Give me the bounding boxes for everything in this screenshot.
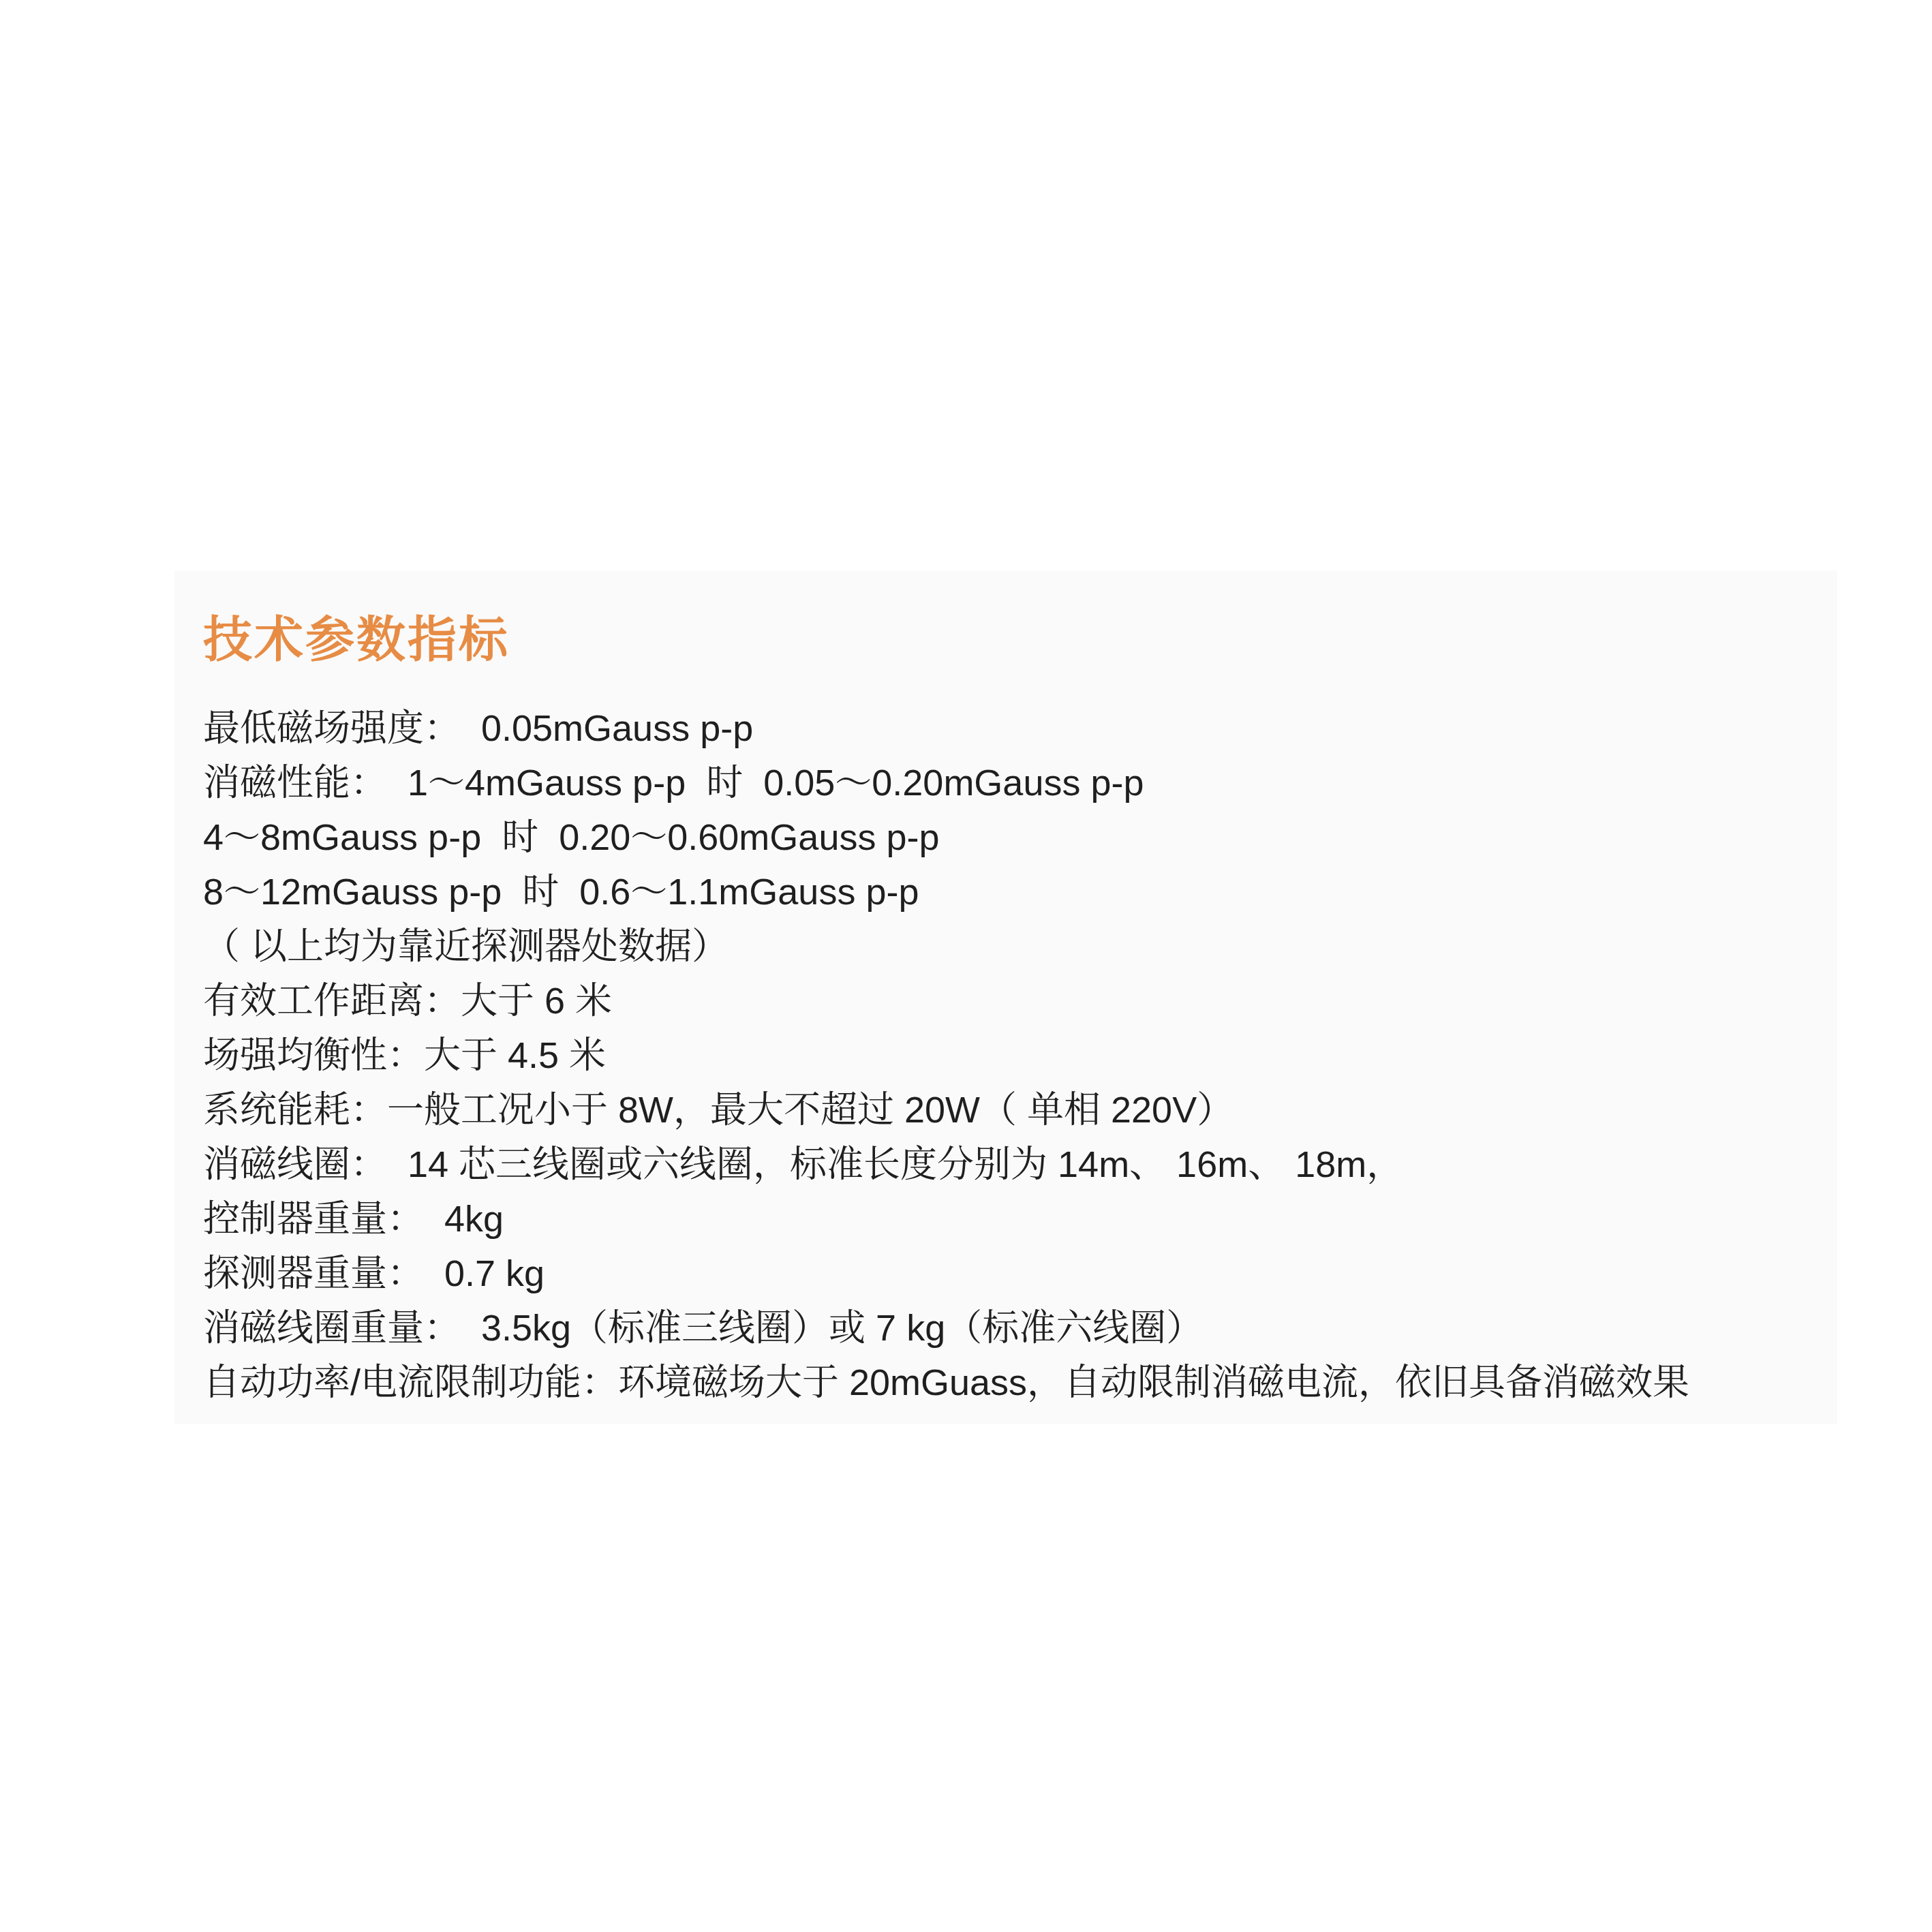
spec-line-power-consumption: 系统能耗：一般工况小于 8W，最大不超过 20W（ 单相 220V） [203,1083,1810,1137]
spec-line-degauss-performance: 消磁性能： 1～4mGauss p-p 时 0.05～0.20mGauss p-… [203,756,1810,810]
spec-lines: 最低磁场强度： 0.05mGauss p-p 消磁性能： 1～4mGauss p… [203,701,1810,1410]
spec-line-degauss-coil: 消磁线圈： 14 芯三线圈或六线圈，标准长度分别为 14m、 16m、 18m， [203,1137,1810,1192]
spec-line-range-8-12: 8～12mGauss p-p 时 0.6～1.1mGauss p-p [203,865,1810,919]
spec-line-note: （ 以上均为靠近探测器处数据） [203,919,1810,974]
spec-line-coil-weight: 消磁线圈重量： 3.5kg（标准三线圈）或 7 kg（标准六线圈） [203,1301,1810,1355]
spec-line-detector-weight: 探测器重量： 0.7 kg [203,1246,1810,1301]
section-title: 技术参数指标 [203,611,1810,669]
spec-line-min-field-strength: 最低磁场强度： 0.05mGauss p-p [203,701,1810,756]
spec-line-range-4-8: 4～8mGauss p-p 时 0.20～0.60mGauss p-p [203,810,1810,865]
spec-line-controller-weight: 控制器重量： 4kg [203,1192,1810,1246]
spec-panel: 技术参数指标 最低磁场强度： 0.05mGauss p-p 消磁性能： 1～4m… [174,570,1837,1424]
spec-line-working-distance: 有效工作距离：大于 6 米 [203,974,1810,1028]
spec-line-field-uniformity: 场强均衡性：大于 4.5 米 [203,1028,1810,1083]
spec-line-auto-power-limit: 自动功率/电流限制功能：环境磁场大于 20mGuass，自动限制消磁电流，依旧具… [203,1355,1810,1410]
document-page: 技术参数指标 最低磁场强度： 0.05mGauss p-p 消磁性能： 1～4m… [0,0,1932,1932]
